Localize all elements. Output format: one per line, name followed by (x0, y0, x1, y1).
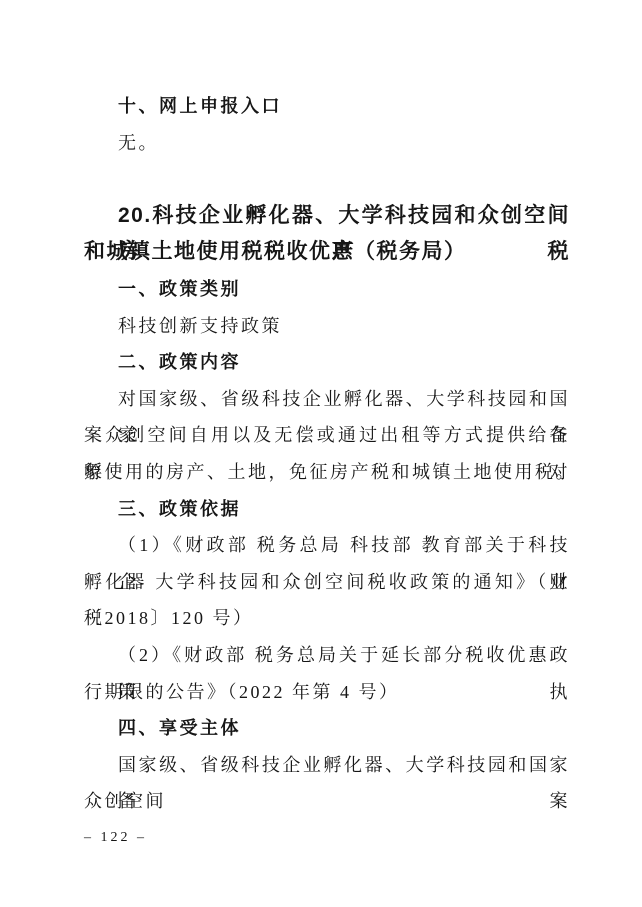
section-heading-online-entry: 十、网上申报入口 (84, 88, 570, 125)
policy-title-line-1: 20.科技企业孵化器、大学科技园和众创空间房产税 (84, 198, 570, 235)
paragraph-policy-content-line-2: 案众创空间自用以及无偿或通过出租等方式提供给在孵对 (84, 417, 570, 454)
paragraph-policy-category: 科技创新支持政策 (84, 308, 570, 345)
paragraph-policy-content-line-1: 对国家级、省级科技企业孵化器、大学科技园和国家备 (84, 381, 570, 418)
section-heading-policy-category: 一、政策类别 (84, 271, 570, 308)
document-body: 十、网上申报入口 无。 20.科技企业孵化器、大学科技园和众创空间房产税 和城镇… (84, 88, 570, 820)
paragraph-policy-basis-2-line-1: （2）《财政部 税务总局关于延长部分税收优惠政策执 (84, 637, 570, 674)
paragraph-none: 无。 (84, 125, 570, 162)
section-heading-policy-basis: 三、政策依据 (84, 491, 570, 528)
document-page: { "colors": { "page_bg": "#ffffff", "tex… (0, 0, 642, 907)
blank-line (84, 161, 570, 198)
paragraph-policy-basis-1-line-1: （1）《财政部 税务总局 科技部 教育部关于科技企业 (84, 527, 570, 564)
paragraph-policy-basis-1-line-3: 〔2018〕120 号） (84, 600, 570, 637)
section-heading-policy-content: 二、政策内容 (84, 344, 570, 381)
paragraph-policy-basis-1-line-2: 孵化器 大学科技园和众创空间税收政策的通知》（财税 (84, 564, 570, 601)
paragraph-beneficiary-line-1: 国家级、省级科技企业孵化器、大学科技园和国家备案 (84, 747, 570, 784)
paragraph-policy-content-line-3: 象使用的房产、土地，免征房产税和城镇土地使用税。 (84, 454, 570, 491)
page-number: – 122 – (84, 828, 147, 848)
section-heading-beneficiary: 四、享受主体 (84, 710, 570, 747)
